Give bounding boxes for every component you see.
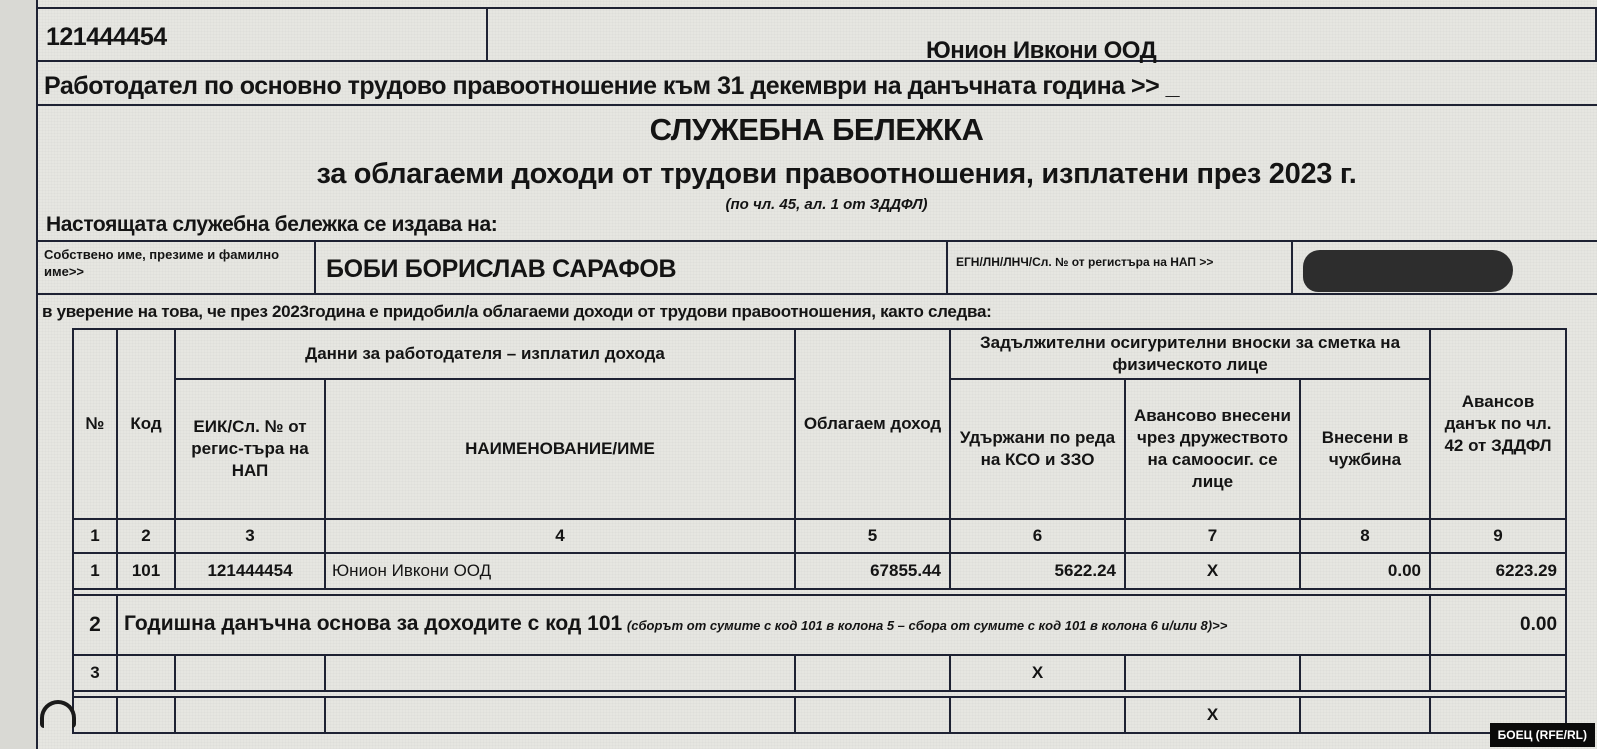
row-no: 1 (73, 553, 117, 589)
person-row: Собствено име, презиме и фамилно име>> Б… (36, 240, 1597, 295)
annual-base-row: 2 Годишна данъчна основа за доходите с к… (73, 595, 1566, 655)
col-header-insurance-group: Задължителни осигурителни вноски за смет… (950, 329, 1430, 379)
row-employer-name: Юнион Ивкони ООД (325, 553, 795, 589)
col-header-paid-abroad: Внесени в чужбина (1300, 379, 1430, 519)
top-name-box: Юнион Ивкони ООД (486, 7, 1597, 62)
person-name: БОБИ БОРИСЛАВ САРАФОВ (326, 255, 676, 284)
col-header-withheld: Удържани по реда на КСО и ЗЗО (950, 379, 1125, 519)
watermark: БОЕЦ (RFE/RL) (1490, 723, 1595, 747)
document-subtitle: за облагаеми доходи от трудови правоотно… (36, 158, 1597, 191)
col-header-employer-group: Данни за работодателя – изплатил дохода (175, 329, 795, 379)
table-row: 1 101 121444454 Юнион Ивкони ООД 67855.4… (73, 553, 1566, 589)
employer-name: Юнион Ивкони ООД (926, 37, 1156, 65)
col-header-taxable-income: Облагаем доход (795, 329, 950, 519)
row-taxable-income: 67855.44 (795, 553, 950, 589)
redacted-id (1303, 250, 1513, 292)
col-header-code: Код (117, 329, 175, 519)
annual-base-value: 0.00 (1430, 595, 1566, 655)
col-header-advance-paid: Авансово внесени чрез дружеството на сам… (1125, 379, 1300, 519)
annual-base-no: 2 (73, 595, 117, 655)
stamp-mark (40, 700, 76, 728)
employer-eik: 121444454 (46, 23, 167, 52)
income-table: № Код Данни за работодателя – изплатил д… (72, 328, 1567, 734)
row-advance-paid: X (1125, 553, 1300, 589)
row-eik: 121444454 (175, 553, 325, 589)
issued-to-label: Настоящата служебна бележка се издава на… (46, 213, 497, 237)
annual-base-note: (сборът от сумите с код 101 в колона 5 –… (627, 618, 1227, 633)
table-row-3: 3 X (73, 655, 1566, 691)
document-title: СЛУЖЕБНА БЕЛЕЖКА (36, 112, 1597, 148)
row3-mark: X (950, 655, 1125, 691)
row-paid-abroad: 0.00 (1300, 553, 1430, 589)
row-code: 101 (117, 553, 175, 589)
name-label: Собствено име, презиме и фамилно име>> (44, 246, 314, 280)
legal-basis: (по чл. 45, ал. 1 от ЗДДФЛ) (36, 196, 1597, 213)
column-numbers-row: 1 2 3 4 5 6 7 8 9 (73, 519, 1566, 553)
col-header-advance-tax: Авансов данък по чл. 42 от ЗДДФЛ (1430, 329, 1566, 519)
row4-mark: X (1125, 697, 1300, 733)
row-withheld: 5622.24 (950, 553, 1125, 589)
col-header-name: НАИМЕНОВАНИЕ/ИМЕ (325, 379, 795, 519)
col-header-no: № (73, 329, 117, 519)
col-header-eik: ЕИК/Сл. № от регис-търа на НАП (175, 379, 325, 519)
top-eik-box: 121444454 (36, 7, 488, 62)
row-advance-tax: 6223.29 (1430, 553, 1566, 589)
annual-base-label: Годишна данъчна основа за доходите с код… (124, 612, 622, 635)
id-label: ЕГН/ЛН/ЛНЧ/Сл. № от регистъра на НАП >> (956, 254, 1286, 271)
affirmation-text: в уверение на това, че през 2023година е… (42, 302, 992, 322)
employer-line: Работодател по основно трудово правоотно… (36, 68, 1597, 106)
header-row-1: № Код Данни за работодателя – изплатил д… (73, 329, 1566, 379)
table-row-4: X (73, 697, 1566, 733)
